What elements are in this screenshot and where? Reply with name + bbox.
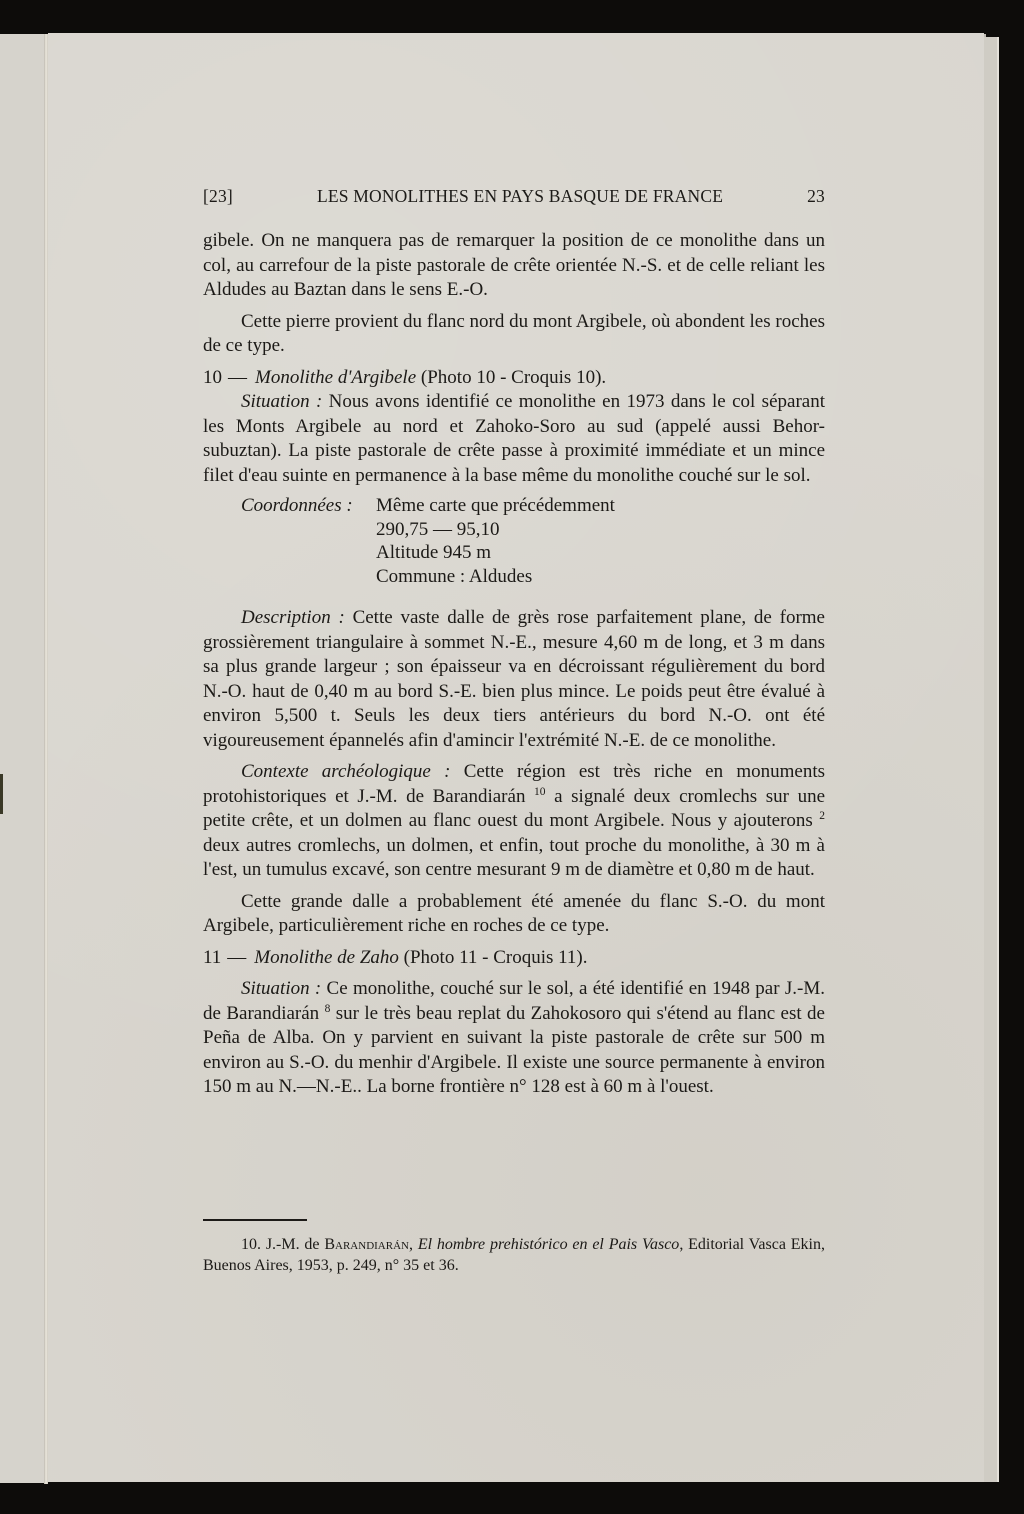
paragraph-description-10: Description : Cette vaste dalle de grès … <box>203 606 825 753</box>
coordinates-lines: Même carte que précédemment 290,75 — 95,… <box>376 494 825 588</box>
footnote-separator-text: , <box>409 1236 418 1253</box>
coordinates-altitude: Altitude 945 m <box>376 541 825 565</box>
facing-page-mark <box>0 774 3 814</box>
footnote-10: 10. J.-M. de Barandiarán, El hombre preh… <box>203 1235 825 1276</box>
label-description: Description : <box>241 607 345 628</box>
label-coordonnees: Coordonnées : <box>203 494 376 588</box>
section-title: Monolithe d'Argibele <box>255 367 416 388</box>
label-contexte: Contexte archéologique : <box>241 761 450 782</box>
label-situation: Situation : <box>241 978 321 999</box>
section-ref: (Photo 10 - Croquis 10). <box>421 367 606 388</box>
footnote-separator <box>203 1219 307 1221</box>
label-situation: Situation : <box>241 391 322 412</box>
section-ref: (Photo 11 - Croquis 11). <box>404 947 588 968</box>
section-number: 10 <box>203 367 222 388</box>
section-number: 11 <box>203 947 221 968</box>
page-number: 23 <box>807 186 825 207</box>
section-heading-11: 11—Monolithe de Zaho (Photo 11 - Croquis… <box>203 946 825 971</box>
coordinates-commune: Commune : Aldudes <box>376 565 825 589</box>
paragraph-continuation: gibele. On ne manquera pas de remarquer … <box>203 229 825 303</box>
section-heading-10: 10—Monolithe d'Argibele (Photo 10 - Croq… <box>203 366 825 391</box>
description-text: Cette vaste dalle de grès rose parfaitem… <box>203 607 825 751</box>
coordinates-values: 290,75 — 95,10 <box>376 518 825 542</box>
paragraph-situation-11: Situation : Ce monolithe, couché sur le … <box>203 977 825 1100</box>
body-text: gibele. On ne manquera pas de remarquer … <box>203 229 825 1100</box>
coordinates-block: Coordonnées : Même carte que précédemmen… <box>203 494 825 588</box>
footnote-number: 10. <box>241 1236 261 1253</box>
footnote-author: Barandiarán <box>324 1236 409 1253</box>
paragraph-contexte-10: Contexte archéologique : Cette région es… <box>203 760 825 883</box>
running-head: [23] LES MONOLITHES EN PAYS BASQUE DE FR… <box>203 186 825 210</box>
section-title: Monolithe de Zaho <box>254 947 399 968</box>
contexte-text-c: deux autres cromlechs, un dolmen, et enf… <box>203 835 825 881</box>
footnote-author-prefix: J.-M. de <box>261 1236 324 1253</box>
running-head-bracket-number: [23] <box>203 186 233 207</box>
footnote-ref-2[interactable]: 2 <box>819 810 825 822</box>
running-head-title: LES MONOLITHES EN PAYS BASQUE DE FRANCE <box>317 186 723 207</box>
footnote-ref-10[interactable]: 10 <box>534 786 546 798</box>
section-dash: — <box>227 947 246 968</box>
paragraph-situation-10: Situation : Nous avons identifié ce mono… <box>203 390 825 488</box>
paragraph-rock-origin: Cette pierre provient du flanc nord du m… <box>203 310 825 359</box>
section-dash: — <box>228 367 247 388</box>
facing-page-edge <box>0 34 46 1483</box>
coordinates-map: Même carte que précédemment <box>376 494 825 518</box>
paragraph-closing-10: Cette grande dalle a probablement été am… <box>203 890 825 939</box>
footnote-title: El hombre prehistórico en el Pais Vasco <box>418 1236 680 1253</box>
footnotes: 10. J.-M. de Barandiarán, El hombre preh… <box>203 1235 825 1276</box>
